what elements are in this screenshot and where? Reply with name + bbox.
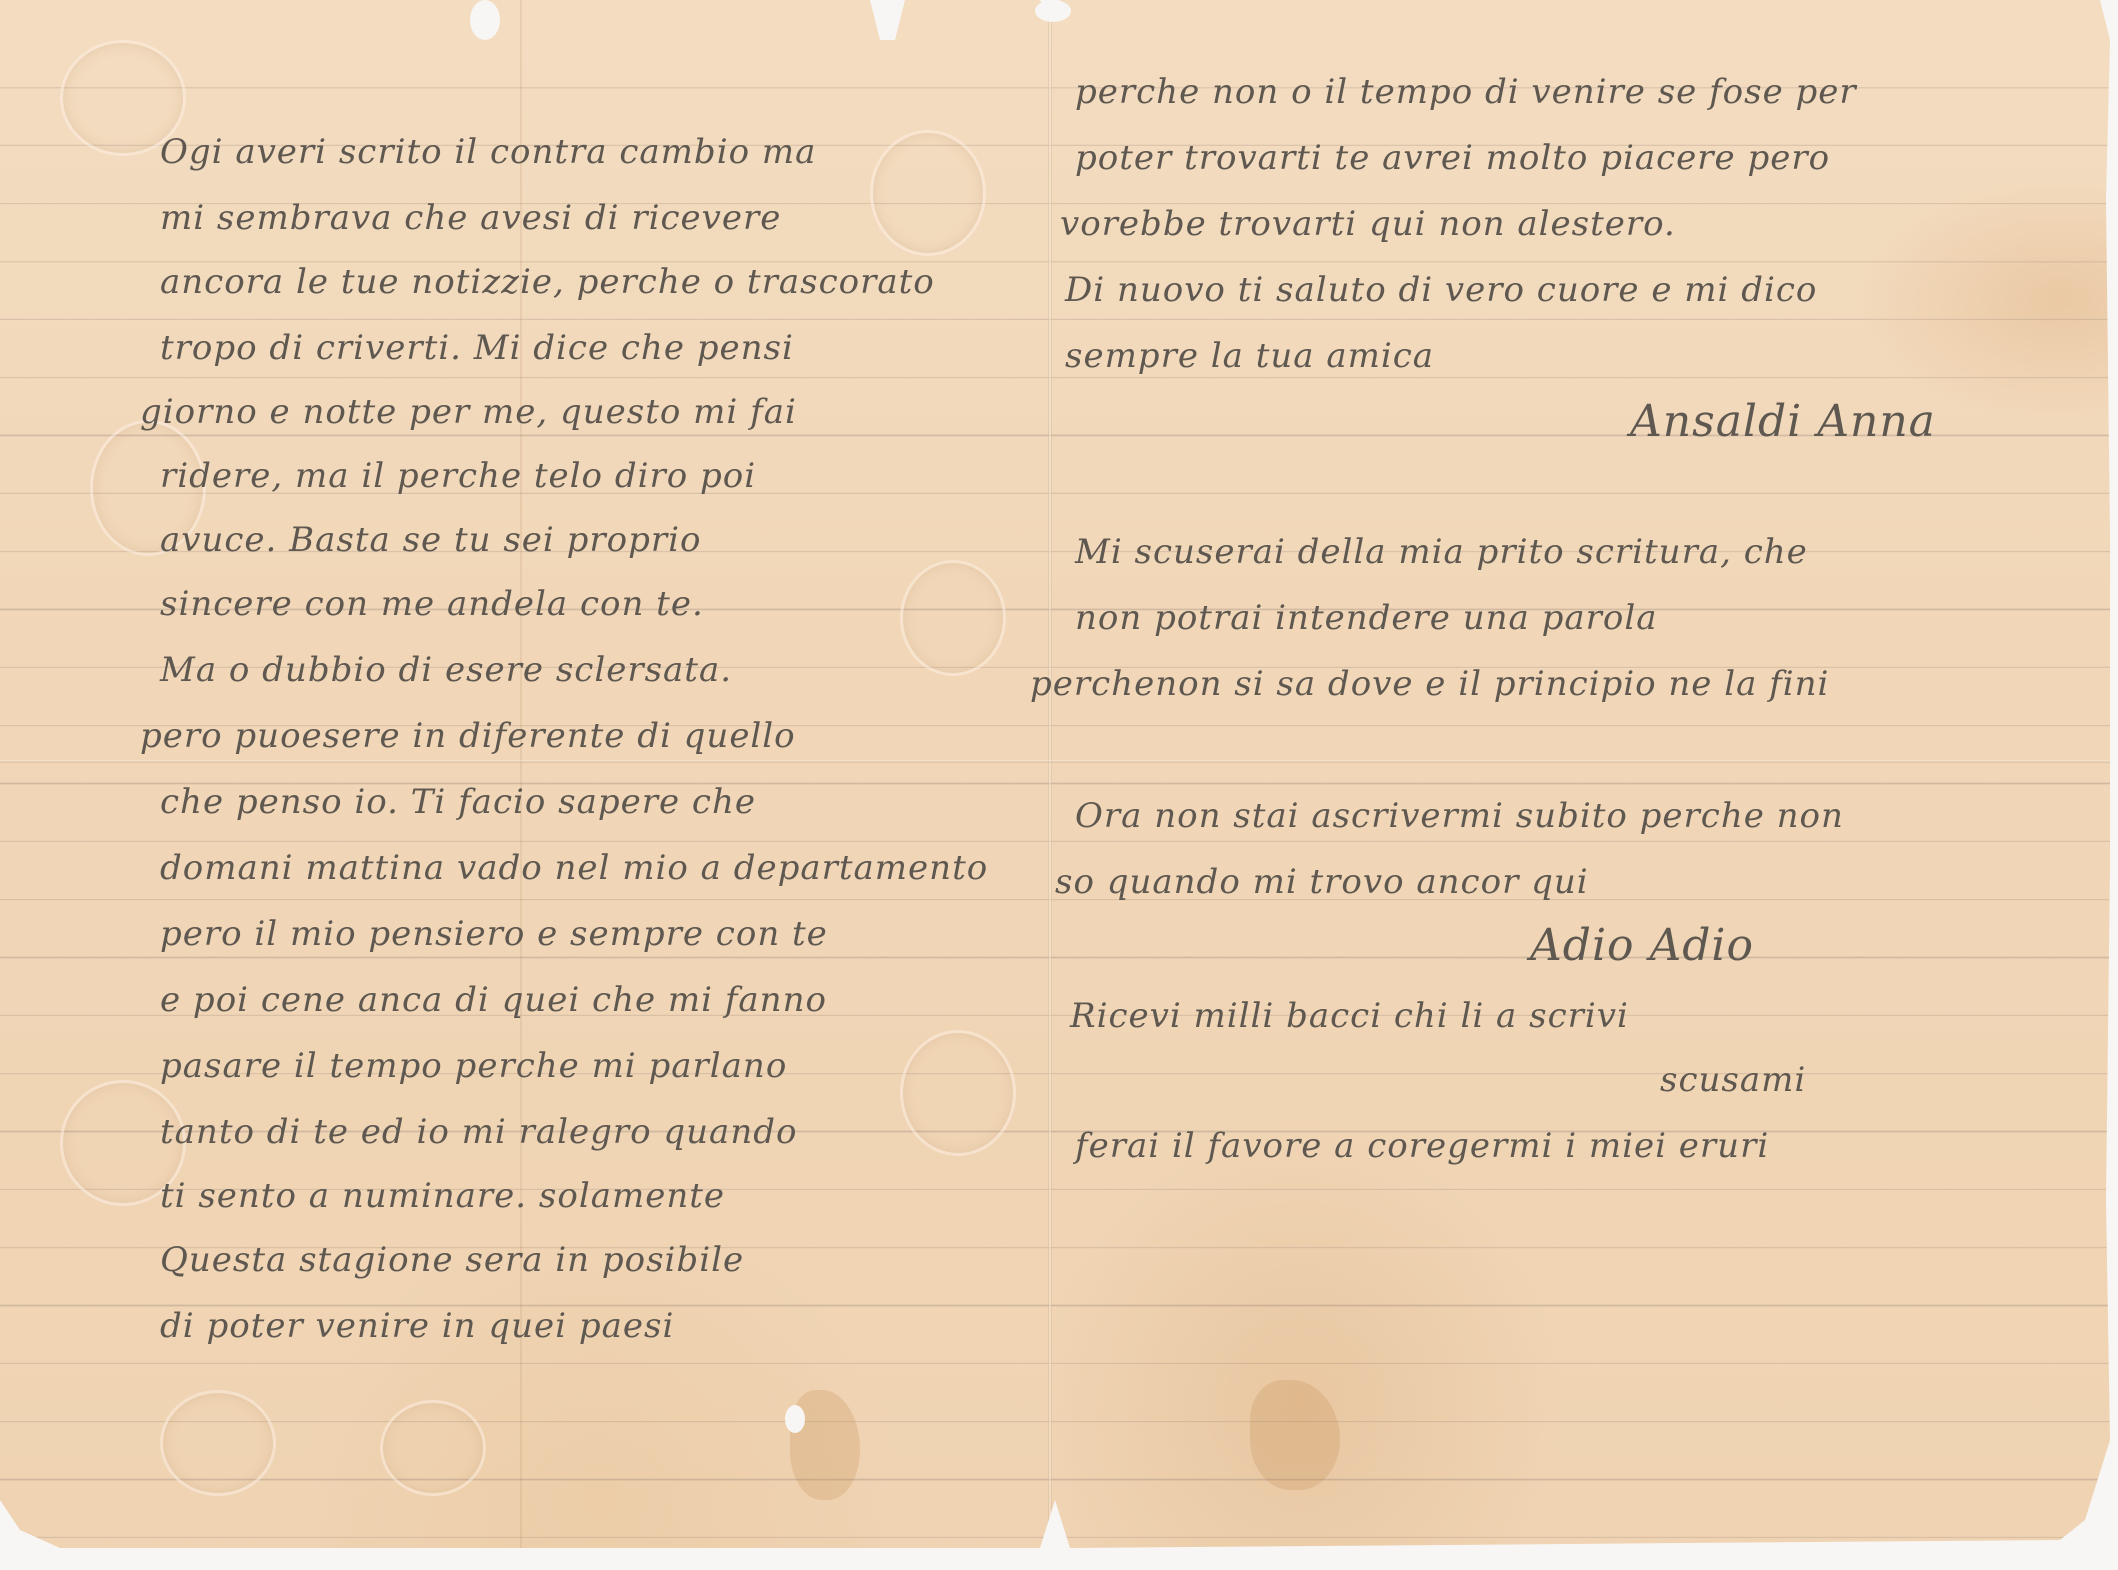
text-line: mi sembrava che avesi di ricevere <box>160 198 781 238</box>
paper-hole <box>1035 0 1071 22</box>
text-line: sempre la tua amica <box>1065 336 1434 376</box>
text-line: pero il mio pensiero e sempre con te <box>160 914 828 954</box>
text-line: tanto di te ed io mi ralegro quando <box>160 1112 797 1152</box>
postscript-line: non potrai intendere una parola <box>1075 598 1657 638</box>
center-fold <box>1048 0 1052 1552</box>
excuse-word: scusami <box>1660 1060 1806 1100</box>
farewell: Adio Adio <box>1530 920 1754 971</box>
text-line: Questa stagione sera in posibile <box>160 1240 744 1280</box>
horizontal-fold <box>0 760 2110 763</box>
text-line: Ogi averi scrito il contra cambio ma <box>160 132 816 172</box>
signature: Ansaldi Anna <box>1630 396 1936 447</box>
text-line: poter trovarti te avrei molto piacere pe… <box>1075 138 1830 178</box>
text-line: tropo di criverti. Mi dice che pensi <box>160 328 794 368</box>
text-line: di poter venire in quei paesi <box>160 1306 674 1346</box>
text-line: avuce. Basta se tu sei proprio <box>160 520 701 560</box>
paper-hole <box>785 1405 805 1433</box>
text-line: e poi cene anca di quei che mi fanno <box>160 980 827 1020</box>
text-line: Di nuovo ti saluto di vero cuore e mi di… <box>1065 270 1817 310</box>
text-line: Ma o dubbio di esere sclersata. <box>160 650 732 690</box>
embossed-flower-decoration <box>380 1400 486 1496</box>
text-line: vorebbe trovarti qui non alestero. <box>1060 204 1676 244</box>
closing-line: ferai il favore a coregermi i miei eruri <box>1075 1126 1769 1166</box>
postscript-line: Ora non stai ascrivermi subito perche no… <box>1075 796 1844 836</box>
kisses-line: Ricevi milli bacci chi li a scrivi <box>1070 996 1629 1036</box>
text-line: ti sento a numinare. solamente <box>160 1176 725 1216</box>
paper-hole <box>470 0 500 40</box>
postscript-line: so quando mi trovo ancor qui <box>1055 862 1589 902</box>
embossed-flower-decoration <box>900 560 1006 676</box>
text-line: perche non o il tempo di venire se fose … <box>1075 72 1857 112</box>
postscript-line: perchenon si sa dove e il principio ne l… <box>1030 664 1829 704</box>
postscript-line: Mi scuserai della mia prito scritura, ch… <box>1075 532 1808 572</box>
embossed-flower-decoration <box>870 130 986 256</box>
text-line: ridere, ma il perche telo diro poi <box>160 456 756 496</box>
text-line: pero puoesere in diferente di quello <box>140 716 796 756</box>
embossed-flower-decoration <box>160 1390 276 1496</box>
text-line: giorno e notte per me, questo mi fai <box>140 392 797 432</box>
text-line: che penso io. Ti facio sapere che <box>160 782 756 822</box>
text-line: ancora le tue notizzie, perche o trascor… <box>160 262 935 302</box>
text-line: domani mattina vado nel mio a departamen… <box>160 848 988 888</box>
text-line: pasare il tempo perche mi parlano <box>160 1046 787 1086</box>
embossed-flower-decoration <box>900 1030 1016 1156</box>
text-line: sincere con me andela con te. <box>160 584 704 624</box>
